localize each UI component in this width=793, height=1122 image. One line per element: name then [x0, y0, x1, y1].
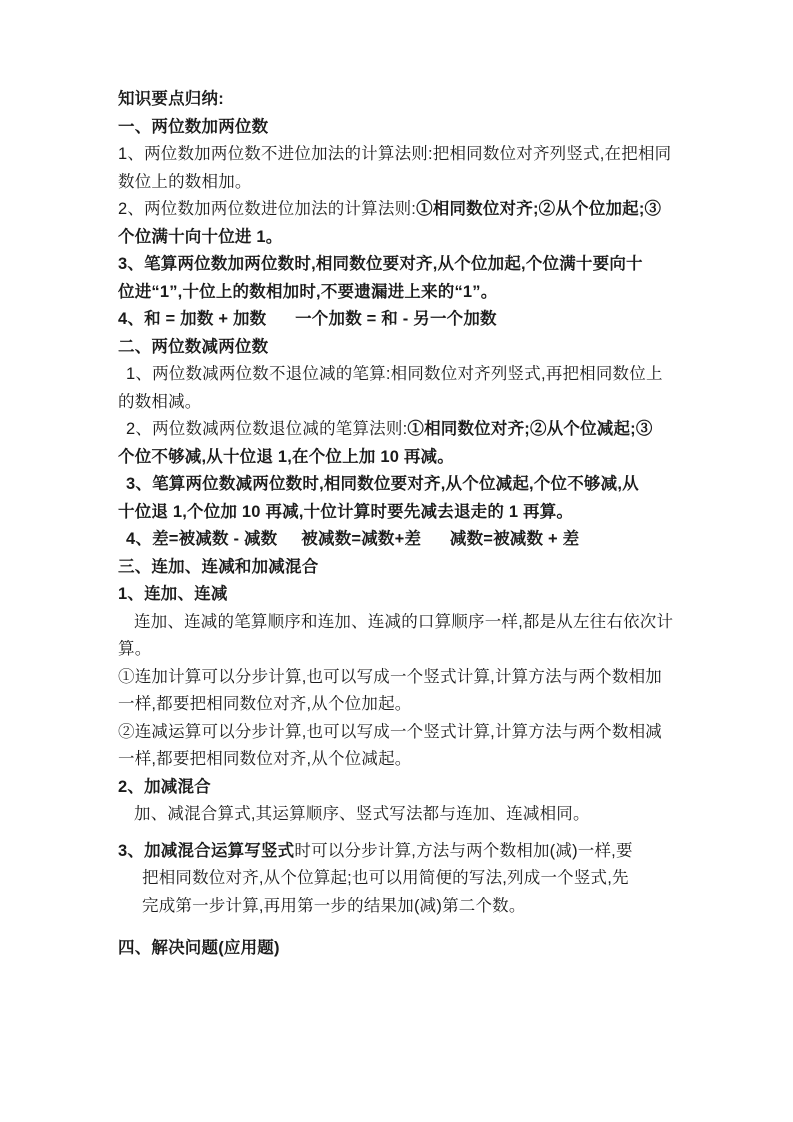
text-segment: 完成第一步计算,再用第一步的结果加(减)第二个数。: [142, 897, 526, 915]
text-segment: 位进“1”,十位上的数相加时,不要遗漏进上来的“1”。: [118, 283, 497, 301]
body-line: 一样,都要把相同数位对齐,从个位加起。: [118, 691, 698, 719]
text-segment: ①相同数位对齐;②从个位加起;③: [416, 200, 661, 218]
subsection-heading: 2、加减混合: [118, 774, 698, 802]
text-segment: 知识要点归纳:: [118, 90, 224, 108]
text-segment: 一、两位数加两位数: [118, 118, 268, 136]
text-segment: 个位满十向十位进 1。: [118, 228, 282, 246]
text-segment: 二、两位数减两位数: [118, 338, 268, 356]
text-segment: 个位不够减,从十位退 1,在个位上加 10 再减。: [118, 448, 454, 466]
text-segment: 2、加减混合: [118, 778, 211, 796]
formula-line: 4、和 = 加数 + 加数 一个加数 = 和 - 另一个加数: [118, 306, 698, 334]
text-block: 知识要点归纳:一、两位数加两位数1、两位数加两位数不进位加法的计算法则:把相同数…: [118, 86, 698, 963]
body-line: 个位不够减,从十位退 1,在个位上加 10 再减。: [118, 444, 698, 472]
body-line: 位进“1”,十位上的数相加时,不要遗漏进上来的“1”。: [118, 279, 698, 307]
text-segment: 加、减混合算式,其运算顺序、竖式写法都与连加、连减相同。: [134, 805, 590, 823]
text-segment: 算。: [118, 640, 151, 658]
body-line: 3、加减混合运算写竖式时可以分步计算,方法与两个数相加(减)一样,要: [118, 838, 698, 866]
body-line: 1、两位数减两位数不退位减的笔算:相同数位对齐列竖式,再把相同数位上: [118, 361, 698, 389]
body-line: 十位退 1,个位加 10 再减,十位计算时要先减去退走的 1 再算。: [118, 499, 698, 527]
body-line: 的数相减。: [118, 389, 698, 417]
text-segment: 把相同数位对齐,从个位算起;也可以用简便的写法,列成一个竖式,先: [142, 869, 629, 887]
text-segment: 3、笔算两位数减两位数时,相同数位要对齐,从个位减起,个位不够减,从: [126, 475, 639, 493]
body-line: 1、两位数加两位数不进位加法的计算法则:把相同数位对齐列竖式,在把相同: [118, 141, 698, 169]
text-segment: 的数相减。: [118, 393, 202, 411]
body-line: 算。: [118, 636, 698, 664]
body-line: 一样,都要把相同数位对齐,从个位减起。: [118, 746, 698, 774]
body-line: 把相同数位对齐,从个位算起;也可以用简便的写法,列成一个竖式,先: [118, 865, 698, 893]
text-segment: 时可以分步计算,方法与两个数相加(减)一样,要: [294, 842, 632, 860]
text-segment: 2、两位数加两位数进位加法的计算法则:: [118, 200, 416, 218]
text-segment: ①连加计算可以分步计算,也可以写成一个竖式计算,计算方法与两个数相加: [118, 668, 662, 686]
body-line: 连加、连减的笔算顺序和连加、连减的口算顺序一样,都是从左往右依次计: [118, 609, 698, 637]
section-4-heading: 四、解决问题(应用题): [118, 935, 698, 963]
doc-title: 知识要点归纳:: [118, 86, 698, 114]
text-segment: 1、两位数减两位数不退位减的笔算:相同数位对齐列竖式,再把相同数位上: [126, 365, 663, 383]
body-line: 完成第一步计算,再用第一步的结果加(减)第二个数。: [118, 893, 698, 921]
body-line: 数位上的数相加。: [118, 169, 698, 197]
body-line: 2、两位数加两位数进位加法的计算法则:①相同数位对齐;②从个位加起;③: [118, 196, 698, 224]
document-page: 知识要点归纳:一、两位数加两位数1、两位数加两位数不进位加法的计算法则:把相同数…: [0, 0, 793, 1122]
section-2-heading: 二、两位数减两位数: [118, 334, 698, 362]
formula-line: 4、差=被减数 - 减数 被减数=减数+差 减数=被减数 + 差: [118, 526, 698, 554]
text-segment: 4、和 = 加数 + 加数 一个加数 = 和 - 另一个加数: [118, 310, 497, 328]
text-segment: 一样,都要把相同数位对齐,从个位加起。: [118, 695, 411, 713]
section-3-heading: 三、连加、连减和加减混合: [118, 554, 698, 582]
text-segment: 4、差=被减数 - 减数 被减数=减数+差 减数=被减数 + 差: [126, 530, 579, 548]
text-segment: 四、解决问题(应用题): [118, 939, 280, 957]
text-segment: 3、笔算两位数加两位数时,相同数位要对齐,从个位加起,个位满十要向十: [118, 255, 643, 273]
text-segment: 连加、连减的笔算顺序和连加、连减的口算顺序一样,都是从左往右依次计: [134, 613, 673, 631]
body-line: ①连加计算可以分步计算,也可以写成一个竖式计算,计算方法与两个数相加: [118, 664, 698, 692]
text-segment: ①相同数位对齐;②从个位减起;③: [407, 420, 652, 438]
text-segment: 一样,都要把相同数位对齐,从个位减起。: [118, 750, 411, 768]
body-line: 个位满十向十位进 1。: [118, 224, 698, 252]
body-line: 3、笔算两位数减两位数时,相同数位要对齐,从个位减起,个位不够减,从: [118, 471, 698, 499]
body-line: 3、笔算两位数加两位数时,相同数位要对齐,从个位加起,个位满十要向十: [118, 251, 698, 279]
text-segment: ②连减运算可以分步计算,也可以写成一个竖式计算,计算方法与两个数相减: [118, 723, 662, 741]
body-line: ②连减运算可以分步计算,也可以写成一个竖式计算,计算方法与两个数相减: [118, 719, 698, 747]
text-segment: 1、连加、连减: [118, 585, 228, 603]
subsection-heading: 1、连加、连减: [118, 581, 698, 609]
text-segment: 3、加减混合运算写竖式: [118, 842, 294, 860]
body-line: 加、减混合算式,其运算顺序、竖式写法都与连加、连减相同。: [118, 801, 698, 829]
text-segment: 2、两位数减两位数退位减的笔算法则:: [126, 420, 407, 438]
text-segment: 数位上的数相加。: [118, 173, 252, 191]
text-segment: 三、连加、连减和加减混合: [118, 558, 318, 576]
section-1-heading: 一、两位数加两位数: [118, 114, 698, 142]
body-line: 2、两位数减两位数退位减的笔算法则:①相同数位对齐;②从个位减起;③: [118, 416, 698, 444]
text-segment: 1、两位数加两位数不进位加法的计算法则:把相同数位对齐列竖式,在把相同: [118, 145, 671, 163]
text-segment: 十位退 1,个位加 10 再减,十位计算时要先减去退走的 1 再算。: [118, 503, 573, 521]
